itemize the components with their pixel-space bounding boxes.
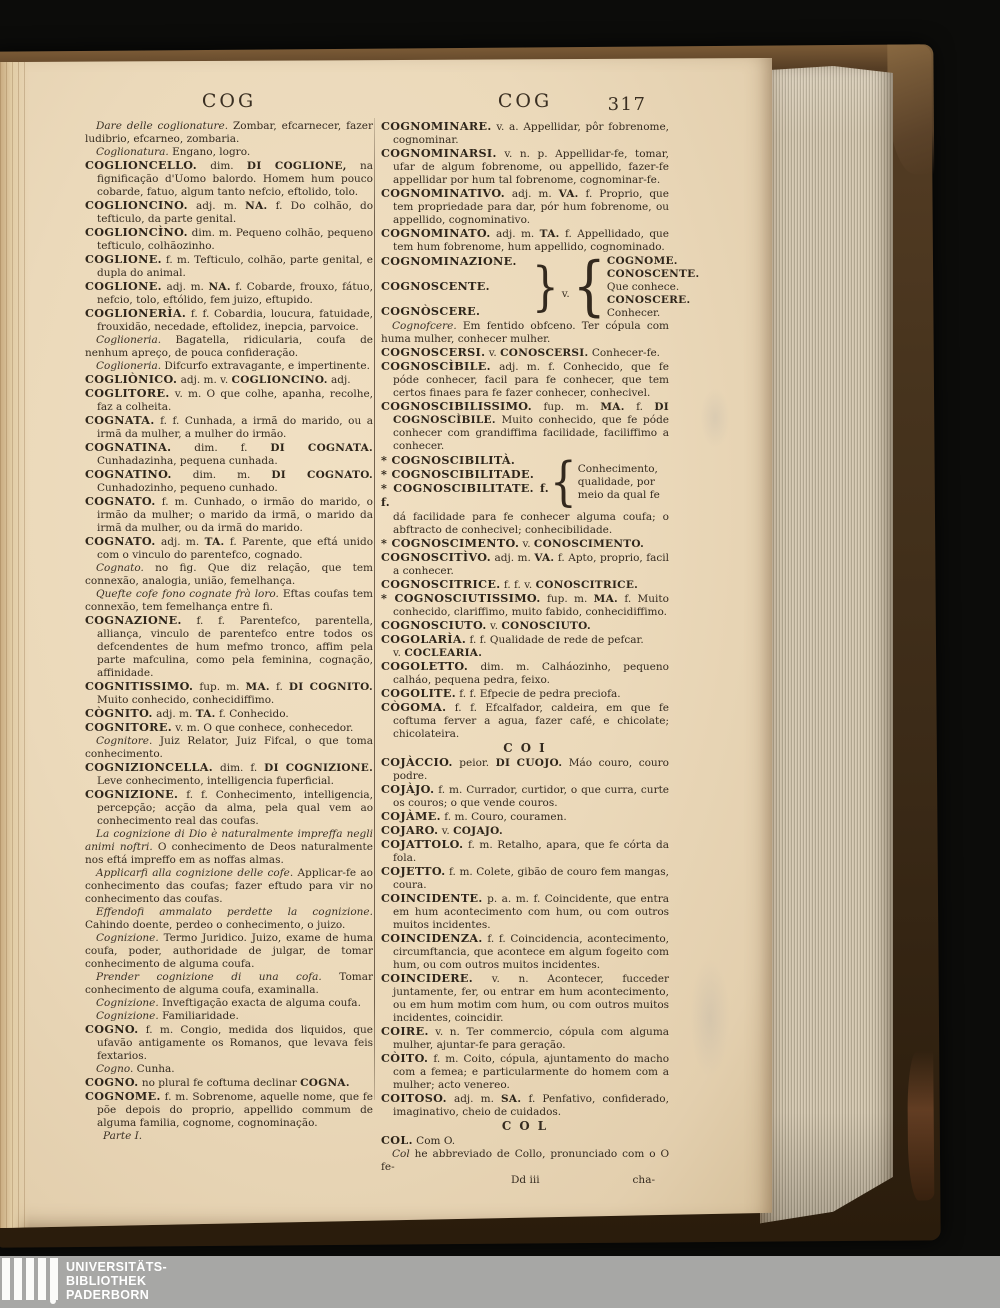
- headword: COGNATO.: [85, 494, 156, 508]
- dictionary-entry: COITOSO. adj. m. SA. f. Penfativo, confi…: [381, 1092, 669, 1119]
- dictionary-entry: COGNOSCIUTO. v. CONOSCIUTO.: [381, 619, 669, 633]
- italic-lead: Parte I.: [103, 1130, 142, 1142]
- library-watermark-bar: UNIVERSITÄTS- BIBLIOTHEK PADERBORN: [0, 1256, 1000, 1308]
- dictionary-entry: COJÀJO. f. m. Currador, curtidor, o que …: [381, 783, 669, 810]
- dictionary-entry: COGNITORE. v. m. O que conhece, conheced…: [85, 721, 373, 735]
- page-number: 317: [585, 94, 669, 115]
- headword: COJÀME.: [381, 809, 441, 823]
- italic-lead: Quefte cofe fono cognate frà loro.: [96, 588, 279, 600]
- headword: COGNOSCITÌVO.: [381, 550, 491, 564]
- library-name-line3: PADERBORN: [66, 1288, 167, 1302]
- headword: COGOLITE.: [381, 686, 456, 700]
- headword: COGNOSCENTE.: [381, 279, 490, 293]
- cross-reference: CONOSCITRICE.: [536, 579, 638, 591]
- headword: COGNIZIONCELLA.: [85, 760, 213, 774]
- italic-lead: La cognizione di Dio è naturalmente impr…: [85, 828, 373, 853]
- dictionary-entry: COGNATO. f. m. Cunhado, o irmão do marid…: [85, 495, 373, 535]
- dictionary-entry: COGLIONCINO. adj. m. NA. f. Do colhão, d…: [85, 199, 373, 226]
- cross-reference: DI: [271, 469, 286, 481]
- dictionary-entry: COGNOMINARE. v. a. Appellidar, pôr fobre…: [381, 120, 669, 147]
- section-heading: C O I: [381, 742, 669, 755]
- dictionary-entry: COGNOMINATIVO. adj. m. VA. f. Proprio, q…: [381, 187, 669, 227]
- headword: COGLIONERÌA.: [85, 306, 186, 320]
- dictionary-entry: COGOLETTO. dim. m. Calháozinho, pequeno …: [381, 660, 669, 687]
- catchword-line: Dd iiicha-: [381, 1174, 669, 1187]
- library-name: UNIVERSITÄTS- BIBLIOTHEK PADERBORN: [66, 1260, 167, 1302]
- dictionary-entry: COGNOSCITÌVO. adj. m. VA. f. Apto, propr…: [381, 551, 669, 578]
- cross-reference: VA.: [534, 552, 554, 564]
- section-heading: C O L: [381, 1120, 669, 1133]
- dictionary-entry: COGNITISSIMO. fup. m. MA. f. DI COGNITO.…: [85, 680, 373, 707]
- dictionary-entry: COJÀME. f. m. Couro, couramen.: [381, 810, 669, 824]
- dictionary-entry: COGLIÒNICO. adj. m. v. COGLIONCINO. adj.: [85, 373, 373, 387]
- dictionary-subentry: Applicarfi alla cognizione delle cofe. A…: [85, 867, 373, 906]
- cross-reference: DI: [247, 160, 262, 172]
- headword: * COGNOSCIMENTO.: [381, 536, 519, 550]
- cross-reference: NA.: [245, 200, 267, 212]
- gathering-mark: Dd iii: [511, 1174, 540, 1187]
- paper-stain: [700, 388, 730, 448]
- headword: COGLITORE.: [85, 386, 170, 400]
- headword: CÒGOMA.: [381, 700, 446, 714]
- headword: COGLIONCINO.: [85, 198, 188, 212]
- cross-reference: CONOSCERE.: [607, 294, 691, 306]
- headword: COGNIZIONE.: [85, 787, 178, 801]
- headword: COGOLETTO.: [381, 659, 468, 673]
- cross-reference: DI: [270, 442, 285, 454]
- page-fore-edge: [760, 66, 893, 1228]
- brace-open-icon: {: [549, 458, 578, 505]
- cross-reference: COJAJO.: [453, 825, 503, 837]
- scanned-book-photo: COG COG 317 Dare delle coglionature. Zom…: [0, 0, 1000, 1308]
- cross-reference: DI: [289, 681, 304, 693]
- dictionary-entry: COGOLITE. f. f. Efpecie de pedra preciof…: [381, 687, 669, 701]
- logo-dot: [50, 1298, 56, 1304]
- headword: COGNITISSIMO.: [85, 679, 193, 693]
- headword: COGNO.: [85, 1075, 139, 1089]
- headword: COGLIÒNICO.: [85, 372, 177, 386]
- dictionary-entry: COGNOSCERSI. v. CONOSCERSI. Conhecer-fe.: [381, 346, 669, 360]
- italic-lead: Cognato.: [96, 562, 144, 574]
- dictionary-entry: COGLITORE. v. m. O que colhe, apanha, re…: [85, 387, 373, 414]
- headword: COGNOMINARE.: [381, 119, 492, 133]
- cross-reference: COGNATA.: [308, 442, 373, 454]
- cross-reference: DI: [496, 757, 511, 769]
- italic-lead: Effendofi ammalato perdette la cognizion…: [96, 906, 373, 918]
- dictionary-entry: COGNATO. adj. m. TA. f. Parente, que eft…: [85, 535, 373, 562]
- cross-reference: MA.: [246, 681, 270, 693]
- italic-lead: Prender cognizione di una cofa.: [96, 971, 322, 983]
- headword: COGNAZIONE.: [85, 613, 182, 627]
- dictionary-subentry: Cognato. no fig. Que diz relação, que te…: [85, 562, 373, 588]
- headword: COINCIDENTE.: [381, 891, 483, 905]
- headword: CÒITO.: [381, 1051, 428, 1065]
- dictionary-subentry: Prender cognizione di una cofa. Tomar co…: [85, 971, 373, 997]
- paper-stain: [690, 958, 730, 1078]
- cross-reference: VA.: [559, 188, 579, 200]
- cross-reference: MA.: [594, 593, 618, 605]
- dictionary-entry: COJARO. v. COJAJO.: [381, 824, 669, 838]
- italic-lead: Applicarfi alla cognizione delle cofe.: [96, 867, 293, 879]
- dictionary-entry: COGLIONCÌNO. dim. m. Pequeno colhão, peq…: [85, 226, 373, 253]
- headword: COGNOMINATO.: [381, 226, 491, 240]
- dictionary-entry: COGNOME. f. m. Sobrenome, aquelle nome, …: [85, 1090, 373, 1130]
- dictionary-entry: COGNAZIONE. f. f. Parentefco, parentella…: [85, 614, 373, 680]
- italic-lead: Cognizione.: [96, 997, 159, 1009]
- brace-group: COGNOMINAZIONE.COGNOSCENTE.COGNÒSCERE.}v…: [381, 254, 669, 320]
- cross-reference: SA.: [501, 1093, 521, 1105]
- cross-reference: COGNITO.: [310, 681, 373, 693]
- headword: COGNO.: [85, 1022, 139, 1036]
- column-divider: [374, 118, 375, 1100]
- headword: COGNATA.: [85, 413, 155, 427]
- headword: COGNOSCERSI.: [381, 345, 485, 359]
- dictionary-entry: COGNATINO. dim. m. DI COGNATO. Cunhadozi…: [85, 468, 373, 495]
- dictionary-subentry: Effendofi ammalato perdette la cognizion…: [85, 906, 373, 932]
- italic-lead: Cognizione.: [96, 932, 159, 944]
- cross-reference: CONOSCENTE.: [607, 268, 700, 280]
- cross-reference: TA.: [540, 228, 560, 240]
- headword: COGNÒSCERE.: [381, 304, 480, 318]
- cross-reference: DI: [654, 401, 669, 413]
- headword: CÒGNITO.: [85, 706, 153, 720]
- dictionary-entry: COGNIZIONCELLA. dim. f. DI COGNIZIONE. L…: [85, 761, 373, 788]
- dictionary-entry: * COGNOSCIMENTO. v. CONOSCIMENTO.: [381, 537, 669, 551]
- headword: COGNOSCITRICE.: [381, 577, 500, 591]
- headword: COGLIONE.: [85, 252, 162, 266]
- headword: COJÀJO.: [381, 782, 434, 796]
- headword: COJÀCCIO.: [381, 755, 453, 769]
- dictionary-subentry: Quefte cofe fono cognate frà loro. Eftas…: [85, 588, 373, 614]
- cross-reference: COGNIZIONE.: [286, 762, 373, 774]
- headword: * COGNOSCIUTISSIMO.: [381, 591, 541, 605]
- signature-line: Parte I.: [103, 1130, 373, 1143]
- dictionary-entry: * COGNOSCIUTISSIMO. fup. m. MA. f. Muito…: [381, 592, 669, 619]
- dictionary-entry: CÒGNITO. adj. m. TA. f. Conhecido.: [85, 707, 373, 721]
- cross-reference: CONOSCERSI.: [500, 347, 588, 359]
- dictionary-entry: COJATTOLO. f. m. Retalho, apara, que fe …: [381, 838, 669, 865]
- headword: COGNOMINAZIONE.: [381, 254, 517, 268]
- dictionary-entry: COGNO. f. m. Congio, medida dos liquidos…: [85, 1023, 373, 1063]
- dictionary-subentry: Col he abbreviado de Collo, pronunciado …: [381, 1148, 669, 1174]
- cross-reference: COGNOME.: [607, 255, 678, 267]
- cover-corner-wear: [887, 44, 934, 174]
- entry-continuation: dá facilidade para fe conhecer alguma co…: [381, 511, 669, 537]
- dictionary-entry: COGNO. no plural fe coftuma declinar COG…: [85, 1076, 373, 1090]
- headword: COGNITORE.: [85, 720, 172, 734]
- library-logo-icon: [2, 1258, 62, 1304]
- dictionary-subentry: Dare delle coglionature. Zombar, efcarne…: [85, 120, 373, 146]
- cross-reference: CUOJO.: [517, 757, 563, 769]
- headword: COGNOMINATIVO.: [381, 186, 505, 200]
- headword: COGNATINO.: [85, 467, 172, 481]
- cover-corner-wear-bottom: [907, 1050, 934, 1200]
- gutter-shadow: [0, 58, 30, 1228]
- running-title-left: COG: [85, 90, 373, 112]
- cross-reference: TA.: [205, 536, 225, 548]
- right-column: COGNOMINARE. v. a. Appellidar, pôr fobre…: [381, 120, 669, 1187]
- see-abbreviation: v.: [560, 274, 572, 301]
- headword: COL.: [381, 1133, 413, 1147]
- left-column: Dare delle coglionature. Zombar, efcarne…: [85, 120, 373, 1143]
- brace-open-icon: {: [572, 258, 607, 316]
- brace-close-icon: }: [531, 263, 560, 310]
- cross-reference: COGNOSCÌBILE.: [393, 414, 496, 426]
- headword: COGNATO.: [85, 534, 156, 548]
- library-name-line2: BIBLIOTHEK: [66, 1274, 167, 1288]
- dictionary-entry: COGNIZIONE. f. f. Conhecimento, intellig…: [85, 788, 373, 828]
- catchword: cha-: [633, 1174, 655, 1187]
- italic-lead: Cognofcere.: [392, 320, 457, 332]
- dictionary-entry: COINCIDENTE. p. a. m. f. Coincidente, qu…: [381, 892, 669, 932]
- dictionary-entry: COGNATINA. dim. f. DI COGNATA. Cunhadazi…: [85, 441, 373, 468]
- cross-reference: CONOSCIMENTO.: [534, 538, 644, 550]
- headword: COGNOSCÌBILE.: [381, 359, 491, 373]
- dictionary-entry: COL. Com O.: [381, 1134, 669, 1148]
- cross-reference: DI: [264, 762, 279, 774]
- headword: COGNATINA.: [85, 440, 171, 454]
- headword: COJATTOLO.: [381, 837, 463, 851]
- dictionary-subentry: La cognizione di Dio è naturalmente impr…: [85, 828, 373, 867]
- cross-reference: NA.: [208, 281, 230, 293]
- headword: COGNOMINARSI.: [381, 146, 497, 160]
- dictionary-subentry: Coglioneria. Bagatella, ridicularia, cou…: [85, 334, 373, 360]
- dictionary-entry: COGNOMINARSI. v. n. p. Appellidar-fe, to…: [381, 147, 669, 187]
- headword: COINCIDENZA.: [381, 931, 483, 945]
- dictionary-entry: COJÀCCIO. peior. DI CUOJO. Máo couro, co…: [381, 756, 669, 783]
- headword: COIRE.: [381, 1024, 429, 1038]
- dictionary-entry: COGLIONE. f. m. Tefticulo, colhão, parte…: [85, 253, 373, 280]
- headword: COJARO.: [381, 823, 438, 837]
- cross-reference: COCLEARIA.: [404, 647, 482, 659]
- cross-reference: TA.: [196, 708, 216, 720]
- italic-lead: Coglioneria.: [96, 334, 161, 346]
- headword: COINCIDERE.: [381, 971, 473, 985]
- dictionary-subentry: Cognitore. Juiz Relator, Juiz Fifcal, o …: [85, 735, 373, 761]
- dictionary-entry: COGNOSCIBILISSIMO. fup. m. MA. f. DI COG…: [381, 400, 669, 453]
- dictionary-entry: CÒGOMA. f. f. Efcalfador, caldeira, em q…: [381, 701, 669, 741]
- dictionary-entry: COINCIDENZA. f. f. Coincidencia, acontec…: [381, 932, 669, 972]
- headword: COGNOSCIUTO.: [381, 618, 487, 632]
- headword: * COGNOSCIBILITÀ.: [381, 453, 515, 467]
- cross-reference: COGLIONCINO.: [232, 374, 328, 386]
- cross-reference: CONOSCIUTO.: [501, 620, 591, 632]
- italic-lead: Col: [392, 1148, 410, 1160]
- headword: COGOLARÌA.: [381, 632, 466, 646]
- dictionary-entry: COGLIONERÌA. f. f. Cobardia, loucura, fa…: [85, 307, 373, 334]
- dictionary-entry: COGNATA. f. f. Cunhada, a irmã do marido…: [85, 414, 373, 441]
- italic-lead: Cognizione.: [96, 1010, 159, 1022]
- dictionary-entry: COIRE. v. n. Ter commercio, cópula com a…: [381, 1025, 669, 1052]
- cross-reference: COGNA.: [300, 1077, 350, 1089]
- headword: * COGNOSCIBILITADE.: [381, 467, 534, 481]
- headword: COGLIONCÌNO.: [85, 225, 188, 239]
- headword: COITOSO.: [381, 1091, 447, 1105]
- cross-reference: COGLIONE,: [275, 160, 347, 172]
- dictionary-entry: COGNOSCÌBILE. adj. m. f. Conhecido, que …: [381, 360, 669, 400]
- dictionary-entry: CÒITO. f. m. Coito, cópula, ajuntamento …: [381, 1052, 669, 1092]
- italic-lead: Dare delle coglionature.: [96, 120, 228, 132]
- dictionary-subentry: Cognizione. Termo Juridico. Juizo, exame…: [85, 932, 373, 971]
- headword: COGNOSCIBILISSIMO.: [381, 399, 532, 413]
- italic-lead: Cogno.: [96, 1063, 133, 1075]
- cross-reference: MA.: [600, 401, 624, 413]
- headword: COGNOME.: [85, 1089, 161, 1103]
- italic-lead: Coglioneria.: [96, 360, 161, 372]
- brace-row: * COGNOSCIBILITÀ.* COGNOSCIBILITADE.* CO…: [381, 453, 669, 511]
- italic-lead: Coglionatura.: [96, 146, 169, 158]
- italic-lead: Cognitore.: [96, 735, 152, 747]
- dictionary-entry: COJETTO. f. m. Colete, gibão de couro fe…: [381, 865, 669, 892]
- brace-group: * COGNOSCIBILITÀ.* COGNOSCIBILITADE.* CO…: [381, 453, 669, 537]
- headword: COGLIONCELLO.: [85, 158, 197, 172]
- dictionary-entry: COGNOMINATO. adj. m. TA. f. Appellidado,…: [381, 227, 669, 254]
- library-name-line1: UNIVERSITÄTS-: [66, 1260, 167, 1274]
- cross-reference: COGNATO.: [307, 469, 373, 481]
- headword: COGLIONE.: [85, 279, 162, 293]
- dictionary-entry: COGOLARÌA. f. f. Qualidade de rede de pe…: [381, 633, 669, 647]
- dictionary-subentry: Cognofcere. Em fentido obfceno. Ter cópu…: [381, 320, 669, 346]
- dictionary-entry: COGLIONE. adj. m. NA. f. Cobarde, frouxo…: [85, 280, 373, 307]
- dictionary-subentry: Cognizione. Inveftigação exacta de algum…: [85, 997, 373, 1010]
- book-page: COG COG 317 Dare delle coglionature. Zom…: [0, 58, 772, 1228]
- headword: COJETTO.: [381, 864, 446, 878]
- dictionary-entry: COGLIONCELLO. dim. DI COGLIONE, na figni…: [85, 159, 373, 199]
- dictionary-entry: COINCIDERE. v. n. Acontecer, fucceder ju…: [381, 972, 669, 1025]
- dictionary-entry: COGNOSCITRICE. f. f. v. CONOSCITRICE.: [381, 578, 669, 592]
- headword: * COGNOSCIBILITATE. f. f.: [381, 481, 549, 509]
